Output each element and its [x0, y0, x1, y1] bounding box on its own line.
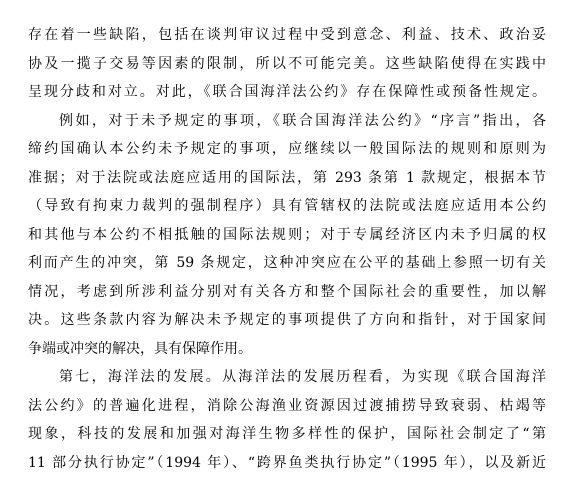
text-line: 争端或冲突的解决，具有保障作用。 — [28, 335, 546, 364]
text-line: 缔约国确认本公约未予规定的事项，应继续以一般国际法的规则和原则为 — [28, 135, 546, 164]
text-line: 准据；对于法院或法庭应适用的国际法，第 293 条第 1 款规定，根据本节 — [28, 164, 546, 193]
text-line: 例如，对于未予规定的事项，《联合国海洋法公约》“序言”指出，各 — [28, 107, 546, 136]
document-page: 存在着一些缺陷，包括在谈判审议过程中受到意念、利益、技术、政治妥 协及一揽子交易… — [0, 0, 573, 486]
paragraph-3: 第七，海洋法的发展。从海洋法的发展历程看，为实现《联合国海洋 法公约》的普遍化进… — [28, 363, 546, 477]
text-line: 决。这些条款内容为解决未予规定的事项提供了方向和指针，对于国家间 — [28, 306, 546, 335]
text-line: 和其他与本公约不相抵触的国际法规则；对于专属经济区内未予归属的权 — [28, 221, 546, 250]
text-line: 协及一揽子交易等因素的限制，所以不可能完美。这些缺陷使得在实践中 — [28, 50, 546, 79]
text-line: 呈现分歧和对立。对此，《联合国海洋法公约》存在保障性或预备性规定。 — [28, 78, 546, 107]
text-line: 法公约》的普遍化进程，消除公海渔业资源因过渡捕捞导致衰弱、枯竭等 — [28, 392, 546, 421]
text-line: 第七，海洋法的发展。从海洋法的发展历程看，为实现《联合国海洋 — [28, 363, 546, 392]
paragraph-1: 存在着一些缺陷，包括在谈判审议过程中受到意念、利益、技术、政治妥 协及一揽子交易… — [28, 21, 546, 107]
text-line: 情况，考虑到所涉利益分别对有关各方和整个国际社会的重要性，加以解 — [28, 278, 546, 307]
text-line: 11 部分执行协定”（1994 年）、“跨界鱼类执行协定”（1995 年），以及… — [28, 449, 546, 478]
text-line: 现象，科技的发展和加强对海洋生物多样性的保护，国际社会制定了“第 — [28, 420, 546, 449]
text-line: 存在着一些缺陷，包括在谈判审议过程中受到意念、利益、技术、政治妥 — [28, 21, 546, 50]
text-line: （导致有拘束力裁判的强制程序）具有管辖权的法院或法庭应适用本公约 — [28, 192, 546, 221]
paragraph-2: 例如，对于未予规定的事项，《联合国海洋法公约》“序言”指出，各 缔约国确认本公约… — [28, 107, 546, 364]
text-line: 利而产生的冲突，第 59 条规定，这种冲突应在公平的基础上参照一切有关 — [28, 249, 546, 278]
